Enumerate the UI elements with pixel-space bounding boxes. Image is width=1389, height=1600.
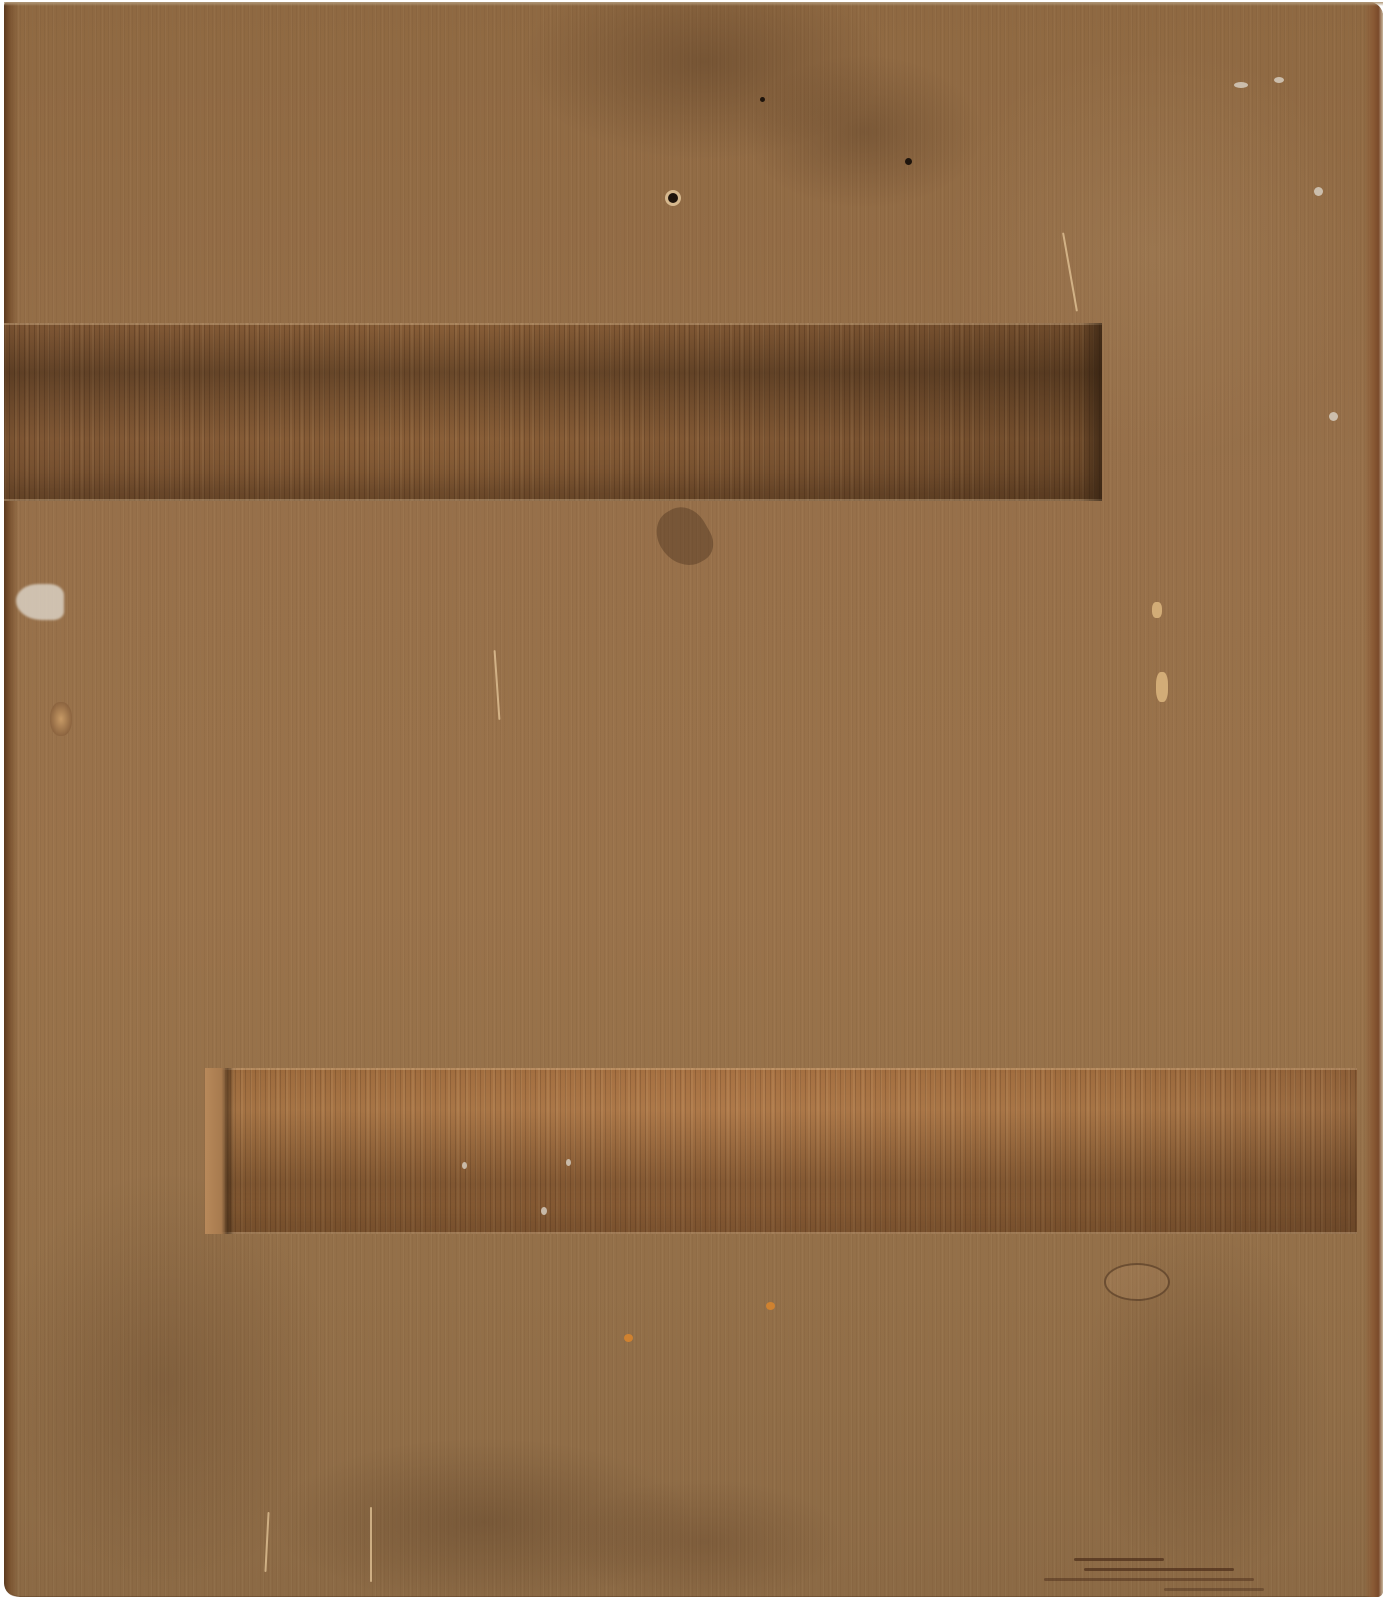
white-speck [1329, 412, 1338, 421]
upper-channel-end-wall [1080, 323, 1102, 501]
dark-stain [647, 499, 720, 576]
paint-speck [766, 1302, 775, 1310]
nail-hole [668, 193, 678, 203]
white-speck [566, 1159, 571, 1166]
right-edge [1365, 2, 1383, 1597]
faint-inscription-marks [1044, 1554, 1264, 1596]
scratch [1062, 232, 1078, 311]
top-edge [4, 2, 1383, 6]
wood-knot [50, 702, 72, 736]
wooden-icon-panel-back [4, 2, 1383, 1597]
scratch [264, 1512, 269, 1572]
scratch [370, 1507, 372, 1582]
white-speck [1274, 77, 1284, 83]
lower-channel-end-wall [205, 1068, 235, 1234]
lower-dovetail-channel [205, 1068, 1357, 1234]
white-speck [1314, 187, 1323, 196]
white-speck [462, 1162, 467, 1169]
white-speck [1234, 82, 1248, 88]
nail-hole [760, 97, 765, 102]
upper-dovetail-channel [4, 323, 1102, 501]
nail-hole [905, 158, 912, 165]
white-paint-smear [16, 584, 64, 620]
white-speck [541, 1207, 547, 1215]
scratch [494, 650, 501, 720]
left-edge [4, 2, 18, 1597]
ring-stain [1104, 1263, 1170, 1301]
wood-flake [1156, 672, 1168, 702]
wood-flake [1152, 602, 1162, 618]
paint-speck [624, 1334, 633, 1342]
